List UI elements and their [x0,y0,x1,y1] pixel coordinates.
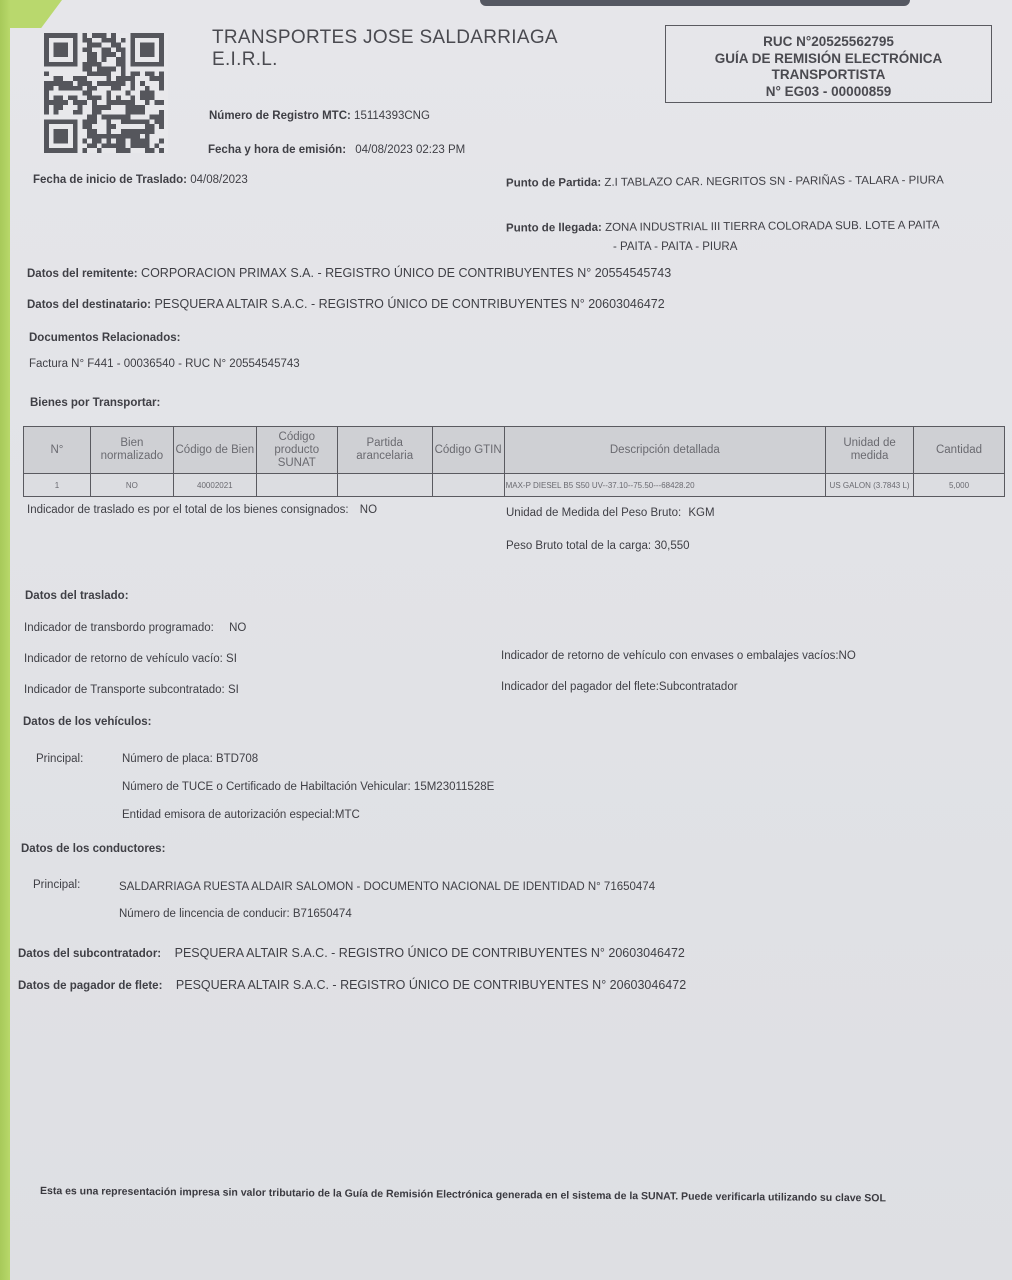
tuce-label: Número de TUCE o Certificado de Habiltac… [122,781,411,793]
tuce: Número de TUCE o Certificado de Habiltac… [122,781,494,793]
retorno-vacio-label: Indicador de retorno de vehículo vacío: [24,653,223,665]
conductores-title: Datos de los conductores: [21,843,165,855]
destinatario-label: Datos del destinatario: [27,299,151,311]
placa: Número de placa: BTD708 [122,753,258,765]
fecha-inicio-label: Fecha de inicio de Traslado: [33,174,187,186]
unidad-peso-value: KGM [688,507,714,519]
entidad-emisora: Entidad emisora de autorización especial… [122,809,360,821]
transbordo: Indicador de transbordo programado: NO [24,622,246,634]
remitente-label: Datos del remitente: [27,268,138,280]
pagador-flete-value: PESQUERA ALTAIR S.A.C. - REGISTRO ÚNICO … [176,978,686,992]
cell-codigo-bien: 40002021 [173,474,256,497]
licencia-label: Número de lincencia de conducir: [119,908,290,920]
pagador-indicador: Indicador del pagador del flete:Subcontr… [501,681,738,693]
indicador-total: Indicador de traslado es por el total de… [27,504,377,516]
col-header: Descripción detallada [504,427,826,474]
subcontratador-label: Datos del subcontratador: [18,948,161,960]
fecha-inicio-traslado: Fecha de inicio de Traslado: 04/08/2023 [33,174,248,186]
fecha-emision-label: Fecha y hora de emisión: [208,144,346,156]
pagador-indicador-label: Indicador del pagador del flete: [501,681,659,693]
peso-bruto-label: Peso Bruto total de la carga: [506,540,651,552]
col-header: Partida arancelaria [337,427,432,474]
transbordo-label: Indicador de transbordo programado: [24,622,214,634]
vehiculo-principal-label: Principal: [36,753,83,765]
fecha-emision: Fecha y hora de emisión: 04/08/2023 02:2… [208,144,465,156]
col-header: Código producto SUNAT [256,427,337,474]
retorno-envases: Indicador de retorno de vehículo con env… [501,650,856,662]
placa-label: Número de placa: [122,753,213,765]
fecha-emision-value: 04/08/2023 02:23 PM [355,144,465,156]
ruc-number: RUC N°20525562795 [666,34,991,51]
cell-unidad: US GALON (3.7843 L) [826,474,914,497]
punto-llegada-label: Punto de llegada: [506,222,602,235]
destinatario: Datos del destinatario: PESQUERA ALTAIR … [27,297,665,311]
cell-numero: 1 [24,474,91,497]
vehiculos-title: Datos de los vehículos: [23,716,151,728]
col-header: N° [24,427,91,474]
punto-partida-label: Punto de Partida: [506,177,601,190]
tuce-value: 15M23011528E [414,781,494,793]
bienes-title: Bienes por Transportar: [30,397,160,409]
qr-code-icon [40,33,168,153]
cell-cantidad: 5,000 [914,474,1005,497]
placa-value: BTD708 [216,753,258,765]
fecha-inicio-value: 04/08/2023 [190,174,248,186]
indicador-total-value: NO [360,504,377,516]
doc-type-line2: TRANSPORTISTA [666,67,991,84]
remitente-value: CORPORACION PRIMAX S.A. - REGISTRO ÚNICO… [141,266,671,280]
punto-llegada-value-line1: ZONA INDUSTRIAL III TIERRA COLORADA SUB.… [605,219,940,233]
goods-table: N° Bien normalizado Código de Bien Códig… [23,426,1005,497]
ruc-box: RUC N°20525562795 GUÍA DE REMISIÓN ELECT… [665,25,992,103]
company-name-line1: TRANSPORTES JOSE SALDARRIAGA [212,27,558,49]
conductor-principal-label: Principal: [33,879,80,891]
peso-bruto: Peso Bruto total de la carga: 30,550 [506,540,690,552]
entidad-label: Entidad emisora de autorización especial… [122,809,335,821]
documento-item: Factura N° F441 - 00036540 - RUC N° 2055… [29,358,300,370]
subcontratado: Indicador de Transporte subcontratado: S… [24,684,239,696]
documentos-title: Documentos Relacionados: [29,332,180,344]
pagador-indicador-value: Subcontratador [659,681,738,693]
unidad-peso: Unidad de Medida del Peso Bruto: KGM [506,507,715,519]
registro-mtc: Número de Registro MTC: 15114393CNG [209,110,430,122]
document-page [10,0,1012,1280]
retorno-envases-value: NO [839,650,856,662]
licencia-value: B71650474 [293,908,352,920]
goods-table-header: N° Bien normalizado Código de Bien Códig… [24,427,1005,474]
subcontratado-label: Indicador de Transporte subcontratado: [24,684,225,696]
peso-bruto-value: 30,550 [654,540,689,552]
datos-traslado-title: Datos del traslado: [25,590,129,602]
col-header: Código de Bien [173,427,256,474]
conductor-principal-value: SALDARRIAGA RUESTA ALDAIR SALOMON - DOCU… [119,881,655,893]
punto-llegada-value-line2: - PAITA - PAITA - PIURA [613,241,737,253]
destinatario-value: PESQUERA ALTAIR S.A.C. - REGISTRO ÚNICO … [154,297,664,311]
subcontratador-value: PESQUERA ALTAIR S.A.C. - REGISTRO ÚNICO … [175,946,685,960]
doc-type-line1: GUÍA DE REMISIÓN ELECTRÓNICA [666,51,991,68]
punto-partida-value: Z.I TABLAZO CAR. NEGRITOS SN - PARIÑAS -… [604,174,943,188]
table-row: 1 NO 40002021 MAX-P DIESEL B5 S50 UV--37… [24,474,1005,497]
subcontratado-value: SI [228,684,239,696]
col-header: Unidad de medida [826,427,914,474]
cell-partida [337,474,432,497]
col-header: Cantidad [914,427,1005,474]
background-edge [0,0,10,1280]
company-name: TRANSPORTES JOSE SALDARRIAGA E.I.R.L. [212,27,558,71]
registro-mtc-value: 15114393CNG [354,110,430,122]
col-header: Bien normalizado [90,427,173,474]
pagador-flete-label: Datos de pagador de flete: [18,980,162,992]
cell-gtin [432,474,504,497]
indicador-total-label: Indicador de traslado es por el total de… [27,504,349,516]
entidad-value: MTC [335,809,360,821]
retorno-envases-label: Indicador de retorno de vehículo con env… [501,650,839,662]
pagador-flete: Datos de pagador de flete: PESQUERA ALTA… [18,978,686,992]
top-shadow [480,0,910,6]
retorno-vacio: Indicador de retorno de vehículo vacío: … [24,653,237,665]
cell-bien-normalizado: NO [90,474,173,497]
licencia: Número de lincencia de conducir: B716504… [119,908,352,920]
unidad-peso-label: Unidad de Medida del Peso Bruto: [506,507,681,519]
cell-descripcion: MAX-P DIESEL B5 S50 UV--37.10--75.50---6… [504,474,826,497]
company-name-line2: E.I.R.L. [212,49,558,71]
doc-number: N° EG03 - 00000859 [666,84,991,101]
col-header: Código GTIN [432,427,504,474]
remitente: Datos del remitente: CORPORACION PRIMAX … [27,266,671,280]
retorno-vacio-value: SI [226,653,237,665]
subcontratador: Datos del subcontratador: PESQUERA ALTAI… [18,946,685,960]
transbordo-value: NO [229,622,246,634]
registro-mtc-label: Número de Registro MTC: [209,110,351,122]
cell-codigo-sunat [256,474,337,497]
